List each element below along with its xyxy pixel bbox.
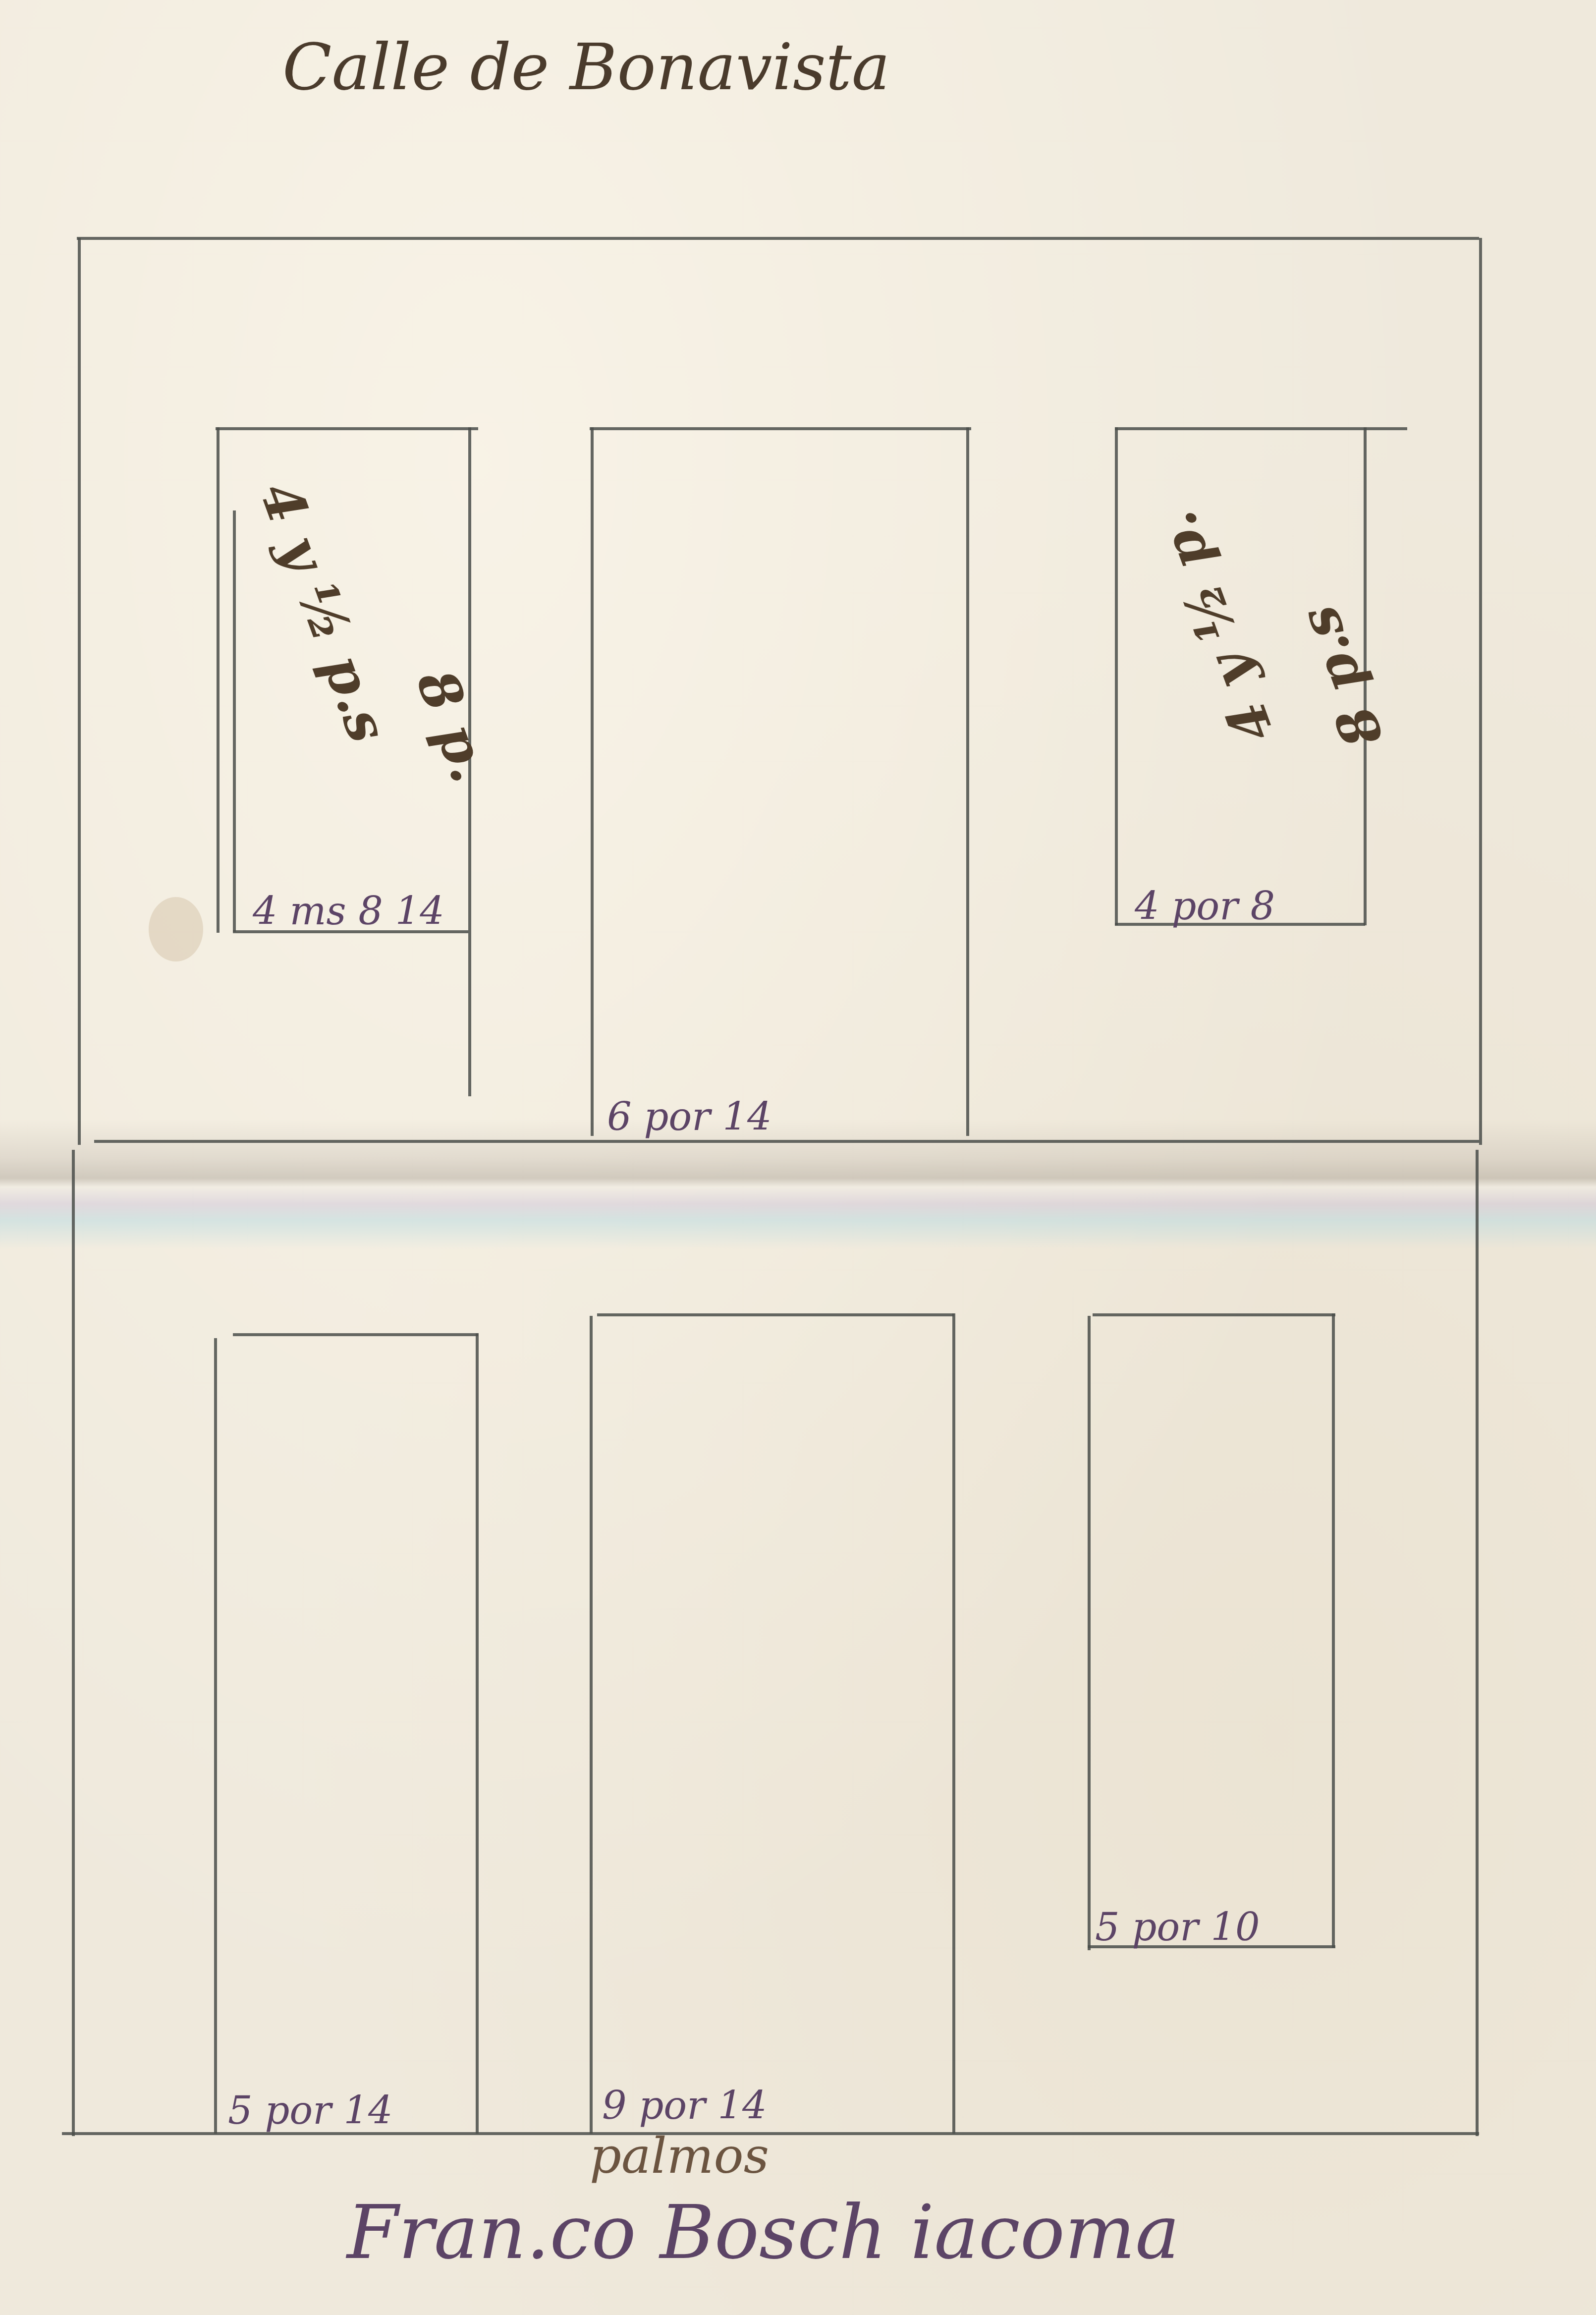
rotated-width-text: 4 y ½ p.: [1149, 505, 1282, 749]
paper-stain: [149, 897, 203, 961]
street-title: Calle de Bonavista: [282, 35, 890, 99]
opening-dimension-label: 5 por 14: [228, 2091, 393, 2130]
rotated-width-text: 4 y ½ p.s: [252, 475, 396, 749]
author-signature: Fran.co Bosch iacoma: [347, 2196, 1180, 2270]
opening-dimension-label: 4 ms 8 14: [253, 892, 444, 931]
opening-dimension-label: 9 por 14: [602, 2087, 767, 2125]
units-label: palmos: [590, 2131, 769, 2181]
floor-divider-line: [94, 1140, 1479, 1143]
opening-dimension-label: 4 por 8: [1135, 887, 1275, 926]
rotated-height-text: 8 p.: [408, 663, 498, 789]
opening-dimension-label: 5 por 10: [1095, 1908, 1260, 1947]
rotated-height-text: 8 p.s: [1290, 599, 1391, 754]
paper-fold-crease: [0, 1120, 1596, 1249]
opening-dimension-label: 6 por 14: [607, 1098, 772, 1136]
